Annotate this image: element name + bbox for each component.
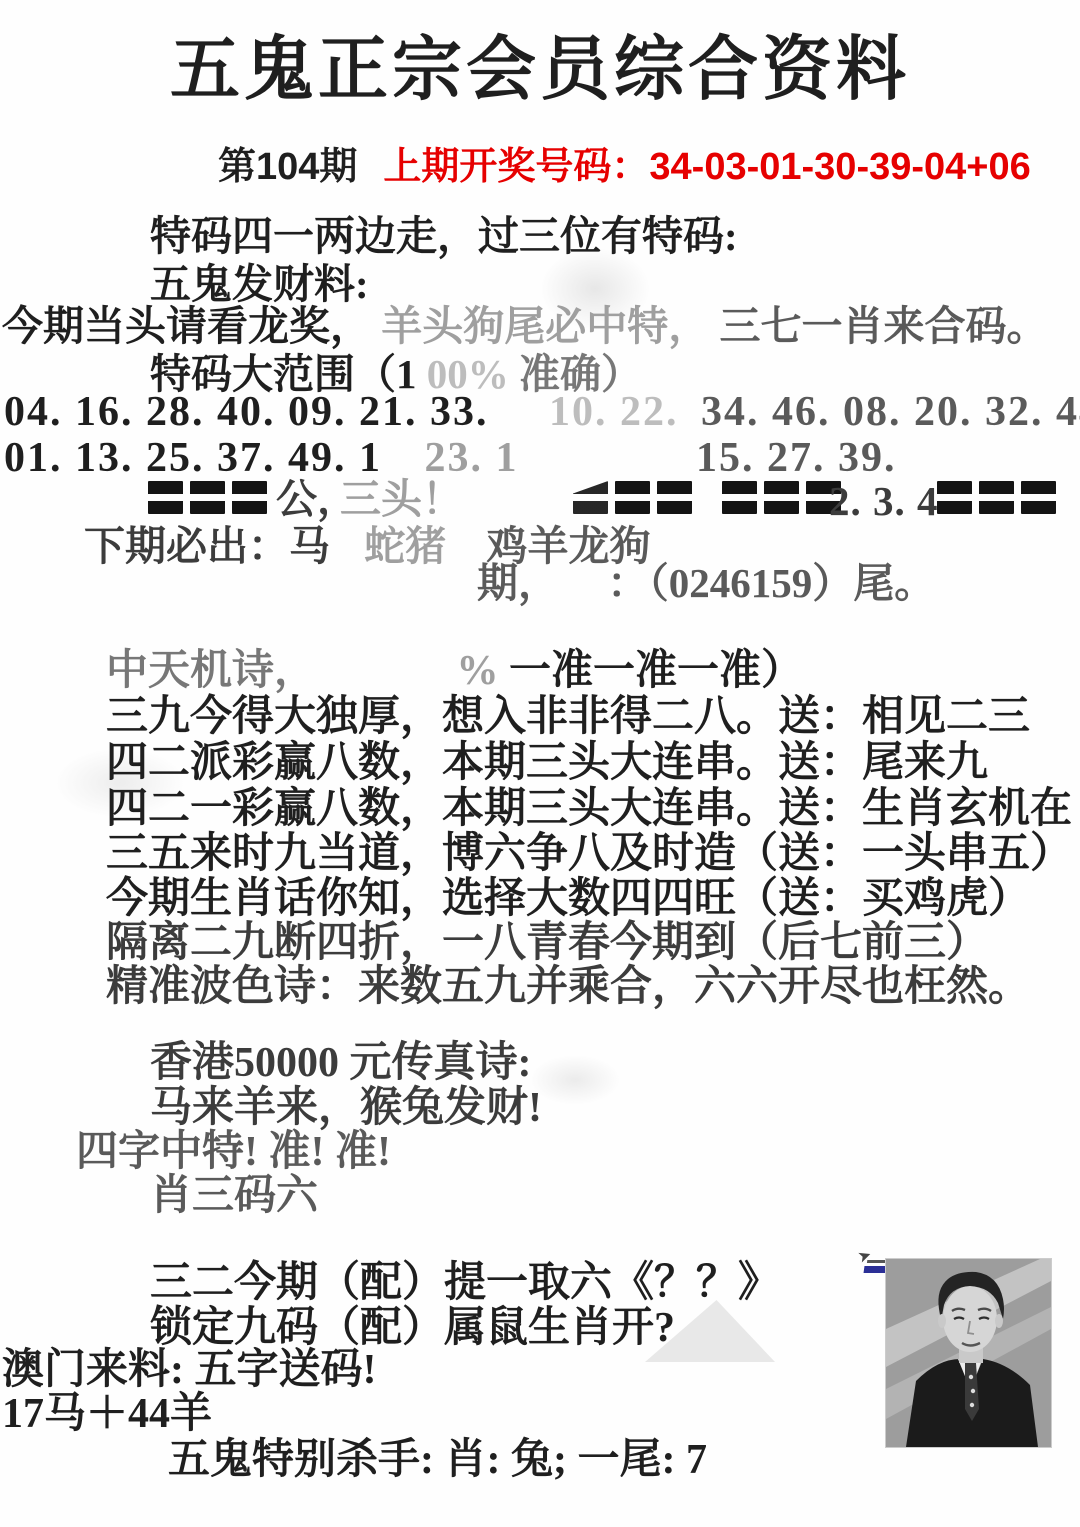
issue-header: 第104期 上期开奖号码：34-03-01-30-39-04+06 [218, 148, 1031, 186]
forecast-segment: 期， [477, 560, 559, 606]
censor-bar [573, 481, 608, 514]
hk-line: 马来羊来，猴兔发财! [150, 1087, 542, 1129]
censor-bar [148, 481, 183, 514]
censor-digits: 2. 3. 4 [829, 481, 939, 522]
censor-label-faded: 三头！ [340, 479, 463, 520]
hk-line: 香港50000 元传真诗: [150, 1042, 532, 1084]
poem-segment-faded: % [457, 648, 499, 694]
poem-line: 三九今得大独厚，想入非非得二八。送：相见二三 [106, 696, 1030, 738]
bottom-line: 锁定九码（配）属鼠生肖开? [150, 1307, 675, 1349]
censor-bar-group [722, 481, 841, 514]
tip-segment: 三七一肖来合码。 [720, 303, 1048, 349]
number-row: 04. 16. 28. 40. 09. 21. 33. 10. 22. 34. … [4, 391, 1080, 433]
cursor-mark-icon: ➤ [855, 1244, 874, 1267]
poem-line: 今期生肖话你知，选择大数四四旺（送：买鸡虎） [106, 878, 1030, 920]
page-title: 五鬼正宗会员综合资料 [0, 36, 1080, 106]
censor-bar [615, 481, 650, 514]
poem-line: 隔离二九断四折，一八青春今期到（后七前三） [106, 922, 988, 964]
number-row: 01. 13. 25. 37. 49. 1 23. 1 15. 27. 39. [4, 437, 897, 479]
tip-segment-faded: 羊头狗尾必中特， [381, 303, 709, 349]
censor-bar-group [573, 481, 692, 514]
tip-line: 五鬼发财料: [150, 264, 369, 305]
poem-line: 三五来时九当道，博六争八及时造（送：一头串五） [106, 833, 1072, 875]
censor-bar [722, 481, 757, 514]
poem-line: 精准波色诗：来数五九并乘合，六六开尽也枉然。 [106, 966, 1030, 1008]
forecast-segment-faded: 蛇猪 [364, 523, 446, 569]
censor-bar [232, 481, 267, 514]
last-draw-numbers: 上期开奖号码：34-03-01-30-39-04+06 [383, 148, 1030, 186]
tip-sheet-document: 五鬼正宗会员综合资料 第104期 上期开奖号码：34-03-01-30-39-0… [0, 0, 1080, 1527]
forecast-tail-line: 期， ：（0246159）尾。 [477, 563, 935, 604]
code-line: 17马＋44羊 [2, 1393, 212, 1435]
poem-line: 四二派彩赢八数，本期三头大连串。送：尾来九 [106, 742, 988, 784]
number-segment-faded: 10. 22. [549, 389, 679, 435]
forecast-segment: ：（0246159）尾。 [607, 560, 935, 606]
tip-line: 特码四一两边走，过三位有特码: [150, 216, 738, 257]
bottom-line: 三二今期（配）提一取六《？？》 [150, 1262, 780, 1304]
censor-bar [979, 481, 1014, 514]
number-segment: 15. 27. 39. [696, 435, 897, 481]
hk-line: 四字中特! 准! 准! [76, 1131, 391, 1173]
censor-bar [1021, 481, 1056, 514]
killer-line: 五鬼特别杀手: 肖: 兔; 一尾: 7 [168, 1439, 707, 1481]
macau-line: 澳门来料: 五字送码! [2, 1349, 376, 1391]
censor-bar [657, 481, 692, 514]
censor-bar [937, 481, 972, 514]
poem-line: 四二一彩赢八数，本期三头大连串。送：生肖玄机在 [106, 788, 1072, 830]
censor-bar [190, 481, 225, 514]
scan-smudge [530, 1055, 620, 1105]
hk-line: 肖三码六 [150, 1175, 318, 1217]
number-segment: 34. 46. 08. 20. 32. 44. [701, 389, 1080, 435]
poem-segment: 一准一准一准） [509, 648, 803, 694]
tip-segment: 今期当头请看龙奖， [2, 303, 371, 349]
poem-intro: 中天机诗， % 一准一准一准） [106, 650, 803, 692]
number-segment-faded: 23. 1 [425, 435, 519, 481]
tip-line: 今期当头请看龙奖， 羊头狗尾必中特， 三七一肖来合码。 [2, 306, 1048, 347]
portrait-photo-image [886, 1259, 1051, 1447]
censor-bar-group [937, 481, 1056, 514]
censor-bar-group [148, 481, 267, 514]
number-segment: 01. 13. 25. 37. 49. 1 [4, 435, 382, 481]
number-segment: 04. 16. 28. 40. 09. 21. 33. [4, 389, 489, 435]
poem-segment-faded: 中天机诗， [106, 648, 316, 694]
forecast-segment: 下期必出：马 [84, 523, 330, 569]
portrait-photo [885, 1258, 1052, 1448]
censor-bar [764, 481, 799, 514]
issue-number: 第104期 [218, 148, 357, 186]
